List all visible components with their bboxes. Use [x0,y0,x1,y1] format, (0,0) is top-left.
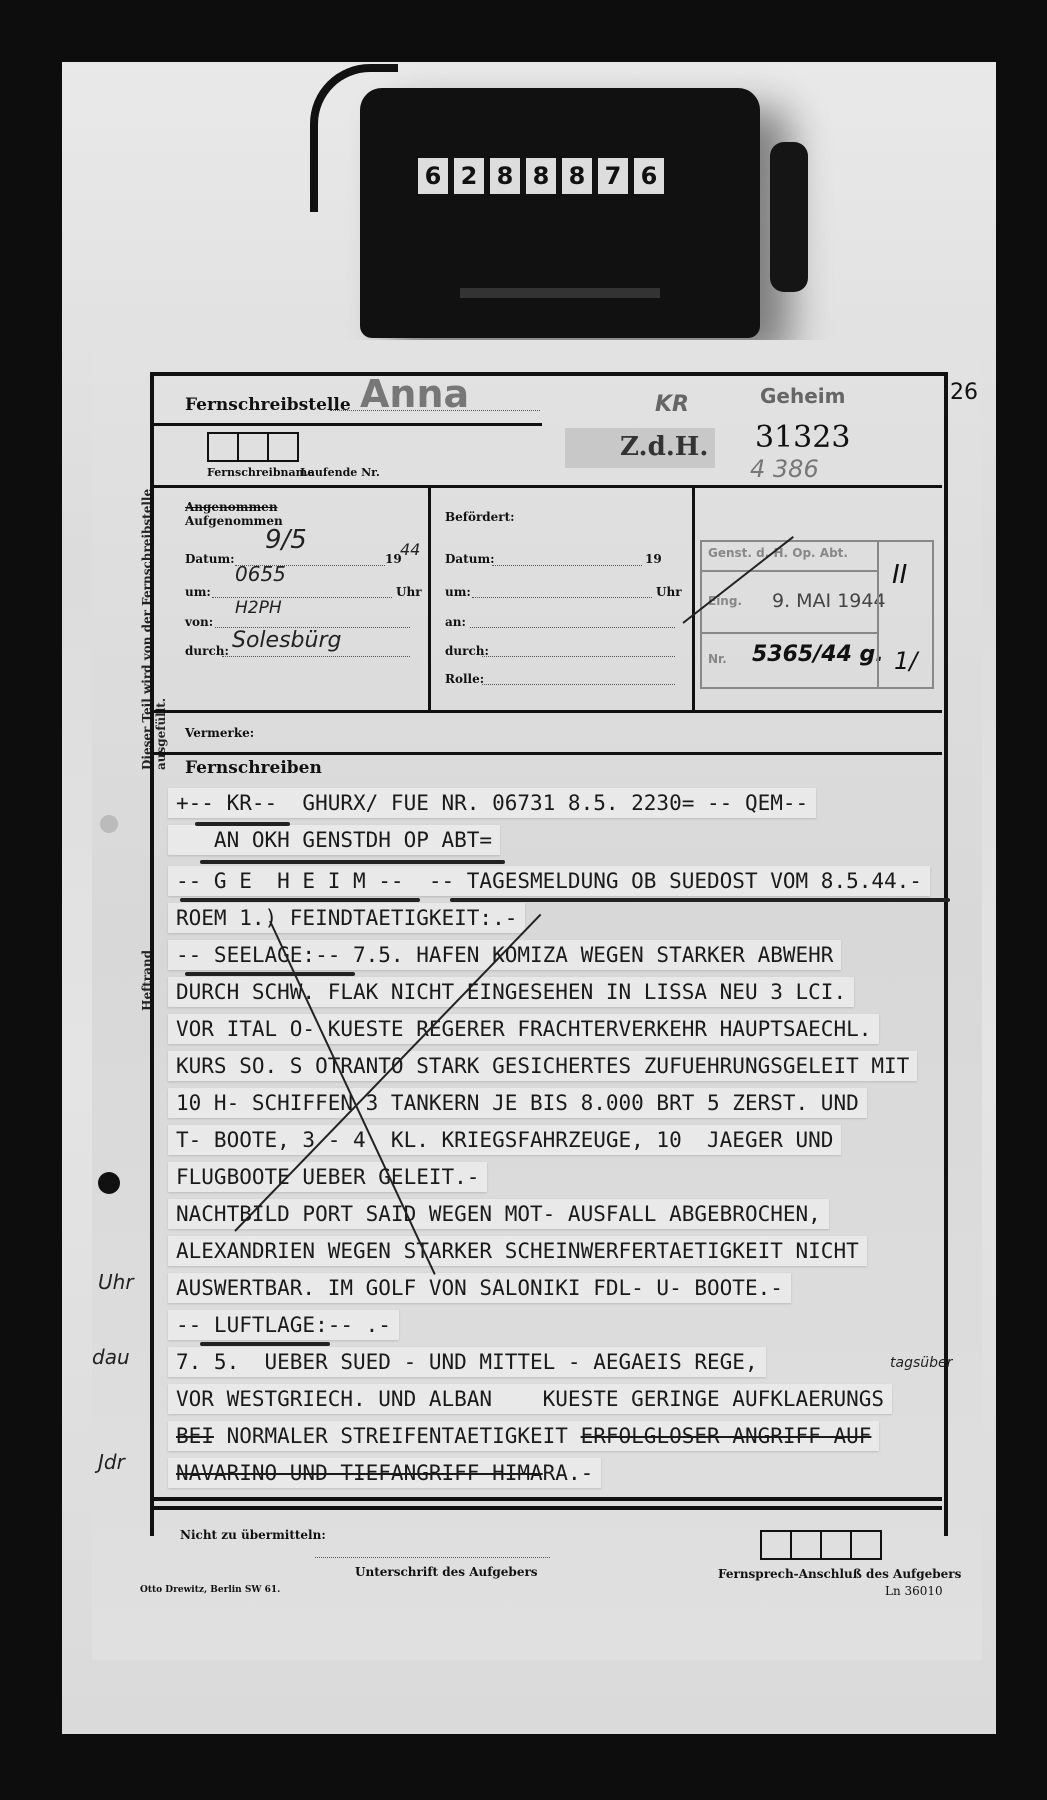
dotted-line [482,684,675,685]
message-line: AUSWERTBAR. IM GOLF VON SALONIKI FDL- U-… [168,1273,791,1303]
struck-text: ERFOLGLOSER ANGRIFF AUF [581,1424,872,1448]
counter-digit: 8 [562,158,592,194]
message-line: +-- KR-- GHURX/ FUE NR. 06731 8.5. 2230=… [168,788,816,818]
divider [152,710,942,713]
signature-line [315,1557,550,1558]
underline-mark [185,972,355,976]
receipt-date: 9. MAI 1944 [772,590,886,612]
receipt-side-mark-2: 1/ [894,647,917,675]
nicht-zu-uebermitteln-label: Nicht zu übermitteln: [180,1528,326,1542]
underline-mark [450,898,950,902]
received-time: 0655 [235,562,286,586]
received-year: 44 [400,540,420,559]
received-from: H2PH [235,598,282,618]
serial-number: 31323 [755,420,850,455]
forwarded-year-prefix: 19 [645,552,662,566]
an-label: an: [445,615,466,629]
dotted-line [222,656,410,657]
counter-digit: 6 [634,158,664,194]
margin-note: dau [92,1345,130,1369]
message-line: KURS SO. S OTRANTO STARK GESICHERTES ZUF… [168,1051,917,1081]
counter-digit: 8 [490,158,520,194]
punch-hole [98,1172,120,1194]
fernschreiben-label: Fernschreiben [185,758,322,778]
underline-mark [180,898,420,902]
message-line: -- LUFTLAGE:-- .- [168,1310,399,1340]
message-line: T- BOOTE, 3 - 4 KL. KRIEGSFAHRZEUGE, 10 … [168,1125,841,1155]
page-number: 26 [950,380,978,405]
divider [692,487,695,712]
receipt-nr-label: Nr. [708,652,727,666]
message-line: AN OKH GENSTDH OP ABT= [168,825,500,855]
divider [702,570,877,572]
receipt-stamp: Genst. d. H. Op. Abt. Eing. 9. MAI 1944 … [700,540,934,689]
geheim-stamp: Geheim [760,384,845,408]
um-label: um: [185,585,211,599]
dotted-line [472,597,652,598]
divider [152,423,542,426]
fernschreibstelle-label: Fernschreibstelle [185,395,351,415]
message-line: ROEM 1.) FEINDTAETIGKEIT:.- [168,903,525,933]
forwarded-datum-label: Datum: [445,552,495,566]
fernschreibname-label: Fernschreibname [207,466,314,479]
receipt-number: 5365/44 g. [752,642,884,667]
message-line: ALEXANDRIEN WEGEN STARKER SCHEINWERFERTA… [168,1236,867,1266]
punch-hole [100,815,118,833]
zdh-stamp: Z.d.H. [620,432,708,462]
form-number: Ln 36010 [885,1584,943,1598]
divider [152,1497,942,1501]
dotted-line [482,656,675,657]
fernsprech-boxes [760,1530,882,1560]
message-text: NORMALER STREIFENTAETIGKEIT [214,1424,581,1448]
divider [152,1506,942,1510]
divider [702,632,877,634]
angenommen-label: Angenommen [185,500,278,514]
vermerke-label: Vermerke: [185,726,254,740]
befoerdert-label: Befördert: [445,510,515,524]
message-line: -- SEELAGE:-- 7.5. HAFEN KOMIZA WEGEN ST… [168,940,841,970]
fernsprech-label: Fernsprech-Anschluß des Aufgebers [718,1567,961,1581]
counter-digit: 8 [526,158,556,194]
unterschrift-label: Unterschrift des Aufgebers [355,1565,538,1579]
receipt-side-mark: II [892,560,907,590]
laufende-nr-label: Laufende Nr. [300,466,380,479]
underline-mark [200,860,505,864]
kr-stamp: KR [655,392,689,417]
divider [152,485,942,488]
divider [877,542,879,687]
message-line: VOR WESTGRIECH. UND ALBAN KUESTE GERINGE… [168,1384,892,1414]
divider [152,752,942,755]
anna-stamp: Anna [360,372,469,416]
message-line: VOR ITAL O- KUESTE REGERER FRACHTERVERKE… [168,1014,879,1044]
received-date: 9/5 [265,525,307,555]
message-text: RA.- [543,1461,594,1485]
dotted-line [470,627,675,628]
underline-mark [200,1342,330,1346]
dotted-line [492,565,642,566]
struck-text: NAVARINO UND TIEFANGRIFF HIMA [176,1461,543,1485]
margin-note: Jdr [98,1450,125,1474]
counter-wheel [770,142,808,292]
margin-note: Uhr [98,1270,134,1294]
underline-mark [195,822,290,826]
margin-note: tagsüber [890,1355,952,1371]
message-line: 10 H- SCHIFFEN 3 TANKERN JE BIS 8.000 BR… [168,1088,867,1118]
fernschreibname-boxes [207,432,299,462]
frame-counter-device: 6 2 8 8 8 7 6 [360,88,760,338]
divider [428,487,431,712]
struck-text: BEI [176,1424,214,1448]
message-line: 7. 5. UEBER SUED - UND MITTEL - AEGAEIS … [168,1347,766,1377]
message-line-19: NAVARINO UND TIEFANGRIFF HIMARA.- [168,1458,601,1488]
counter-digit: 6 [418,158,448,194]
message-line: DURCH SCHW. FLAK NICHT EINGESEHEN IN LIS… [168,977,854,1007]
message-line-18: BEI NORMALER STREIFENTAETIGKEIT ERFOLGLO… [168,1421,879,1451]
von-label: von: [185,615,213,629]
counter-slot [460,288,660,298]
message-line: NACHTBILD PORT SAID WEGEN MOT- AUSFALL A… [168,1199,829,1229]
received-by-signature: Solesbürg [232,628,341,653]
receipt-eing-label: Eing. [708,594,742,608]
forwarded-uhr-label: Uhr [656,585,682,599]
message-line: -- G E H E I M -- -- TAGESMELDUNG OB SUE… [168,866,930,896]
rolle-label: Rolle: [445,672,484,686]
forwarded-um-label: um: [445,585,471,599]
counter-digit: 7 [598,158,628,194]
counter-digits: 6 2 8 8 8 7 6 [418,158,664,194]
message-line: FLUGBOOTE UEBER GELEIT.- [168,1162,487,1192]
printer-imprint: Otto Drewitz, Berlin SW 61. [140,1585,280,1595]
uhr-label: Uhr [396,585,422,599]
handwritten-ref: 4 386 [750,455,819,483]
counter-digit: 2 [454,158,484,194]
datum-label: Datum: [185,552,235,566]
